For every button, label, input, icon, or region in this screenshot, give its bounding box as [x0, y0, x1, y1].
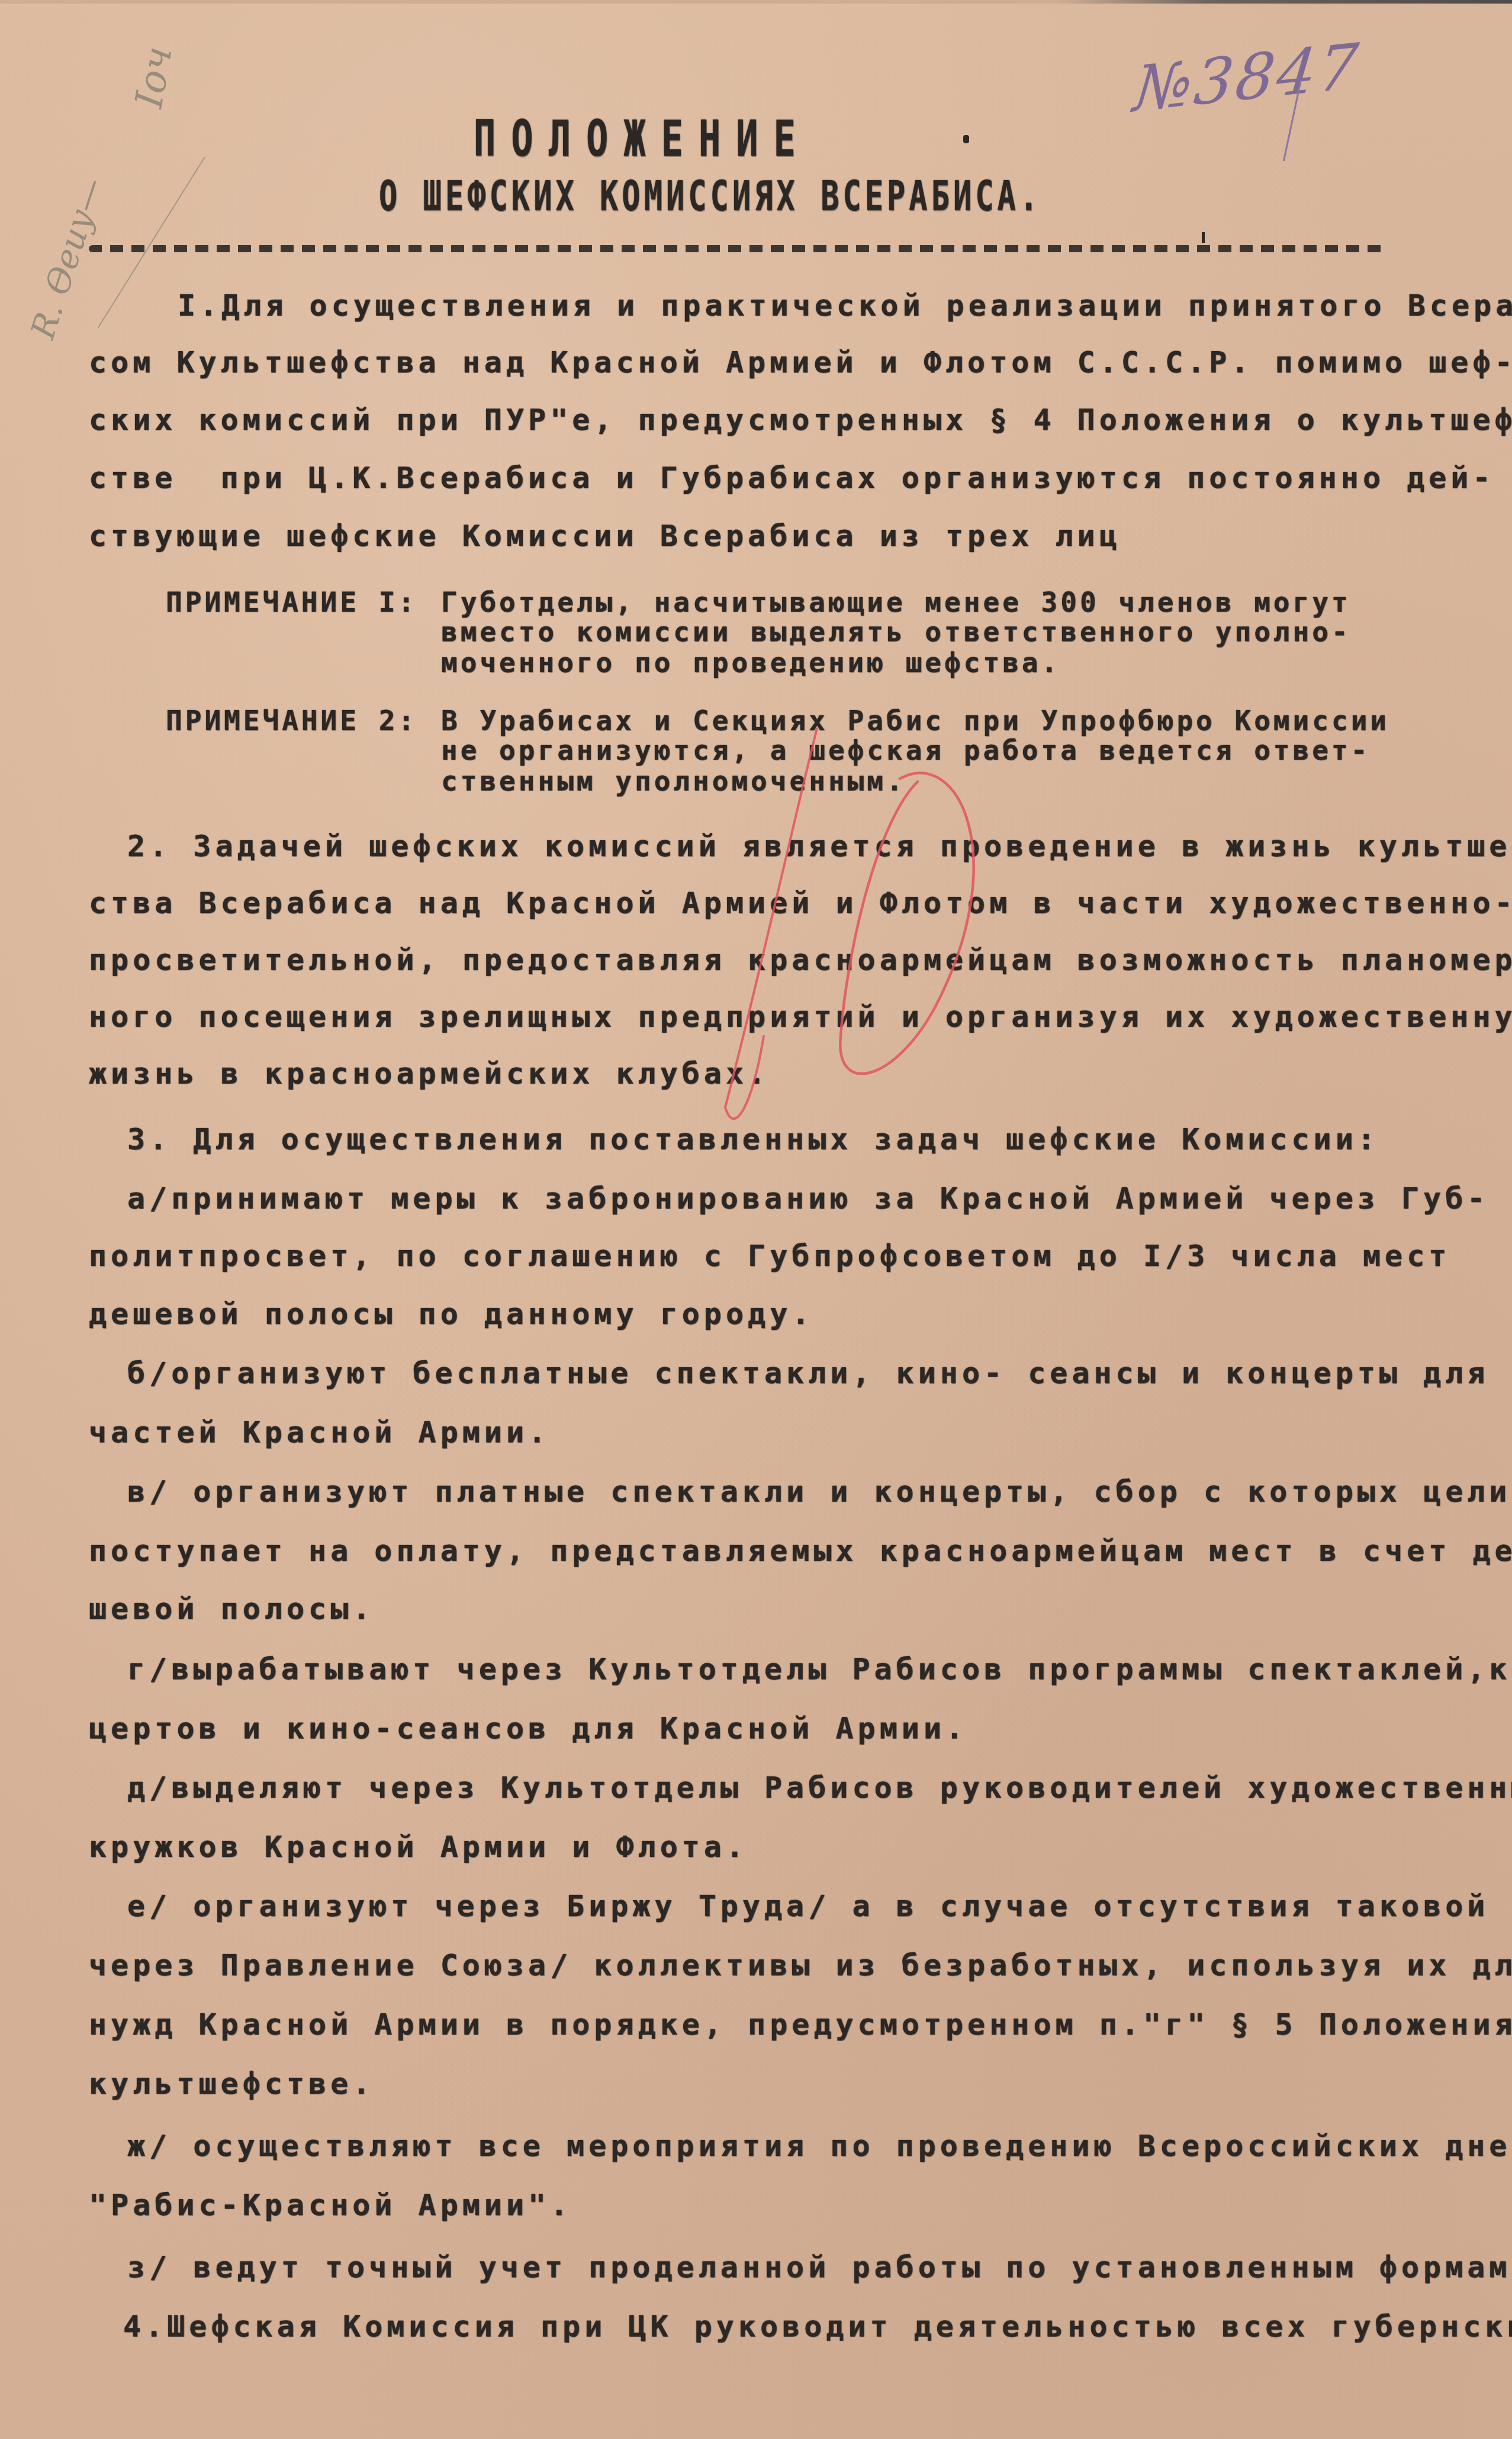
note-2-line: ственным уполномоченным.	[441, 765, 906, 797]
section-3-item-zh: "Рабис-Красной Армии".	[89, 2188, 572, 2222]
note-2-line: В Урабисах и Секциях Рабис при Упрофбюро…	[441, 705, 1389, 737]
title-ink-dot	[963, 135, 969, 143]
section-3-item-b: частей Красной Армии.	[89, 1415, 550, 1450]
section-4-line: 4.Шефская Комиссия при ЦК руководит деят…	[123, 2309, 1512, 2344]
section-3-item-a: дешевой полосы по данному городу.	[89, 1297, 813, 1331]
section-1-line: ских комиссий при ПУР"е, предусмотренных…	[89, 403, 1512, 437]
note-1-label: ПРИМЕЧАНИЕ I:	[166, 586, 417, 618]
section-2-line: ства Всерабиса над Красной Армией и Флот…	[89, 886, 1512, 920]
separator-tick	[1202, 232, 1205, 243]
section-1-line: I.Для осуществления и практической реали…	[178, 288, 1512, 323]
section-1-line: сом Культшефства над Красной Армией и Фл…	[89, 345, 1512, 380]
section-3-item-b: б/организуют бесплатные спектакли, кино-…	[127, 1356, 1489, 1390]
section-3-item-v: в/ организуют платные спектакли и концер…	[127, 1474, 1512, 1509]
section-3-item-a: а/принимают меры к забронированию за Кра…	[127, 1181, 1489, 1216]
section-3-item-e: нужд Красной Армии в порядке, предусмотр…	[89, 2007, 1512, 2042]
section-2-line: 2. Задачей шефских комиссий является про…	[127, 829, 1512, 863]
section-3-item-a: политпросвет, по соглашению с Губпрофсов…	[89, 1239, 1450, 1273]
section-3-item-e: через Правление Союза/ коллективы из без…	[89, 1948, 1512, 1982]
section-3-item-z: з/ ведут точный учет проделанной работы …	[127, 2250, 1512, 2284]
document-subtitle: О ШЕФСКИХ КОМИССИЯХ ВСЕРАБИСА.	[379, 173, 1041, 221]
section-3-item-zh: ж/ осуществляют все мероприятия по прове…	[127, 2129, 1512, 2163]
section-3-item-e: е/ организуют через Биржу Труда/ а в слу…	[127, 1889, 1489, 1923]
section-2-line: жизнь в красноармейских клубах.	[89, 1056, 770, 1091]
section-3-item-g: цертов и кино-сеансов для Красной Армии.	[89, 1711, 967, 1746]
section-3-item-d: д/выделяют через Культотделы Рабисов рук…	[127, 1770, 1512, 1805]
section-2-line: просветительной, предоставляя красноарме…	[89, 943, 1512, 977]
section-3-item-v: поступает на оплату, представляемых крас…	[89, 1534, 1512, 1568]
note-1-line: моченного по проведению шефства.	[441, 647, 1060, 679]
section-3-item-v: шевой полосы.	[89, 1592, 374, 1626]
section-3-item-d: кружков Красной Армии и Флота.	[89, 1830, 748, 1864]
section-3-item-g: г/вырабатывают через Культотделы Рабисов…	[127, 1652, 1512, 1686]
note-2-line: не организуются, а шефская работа ведетс…	[441, 734, 1370, 766]
section-1-line: стве при Ц.К.Всерабиса и Губрабисах орга…	[89, 461, 1495, 495]
section-1-line: ствующие шефские Комиссии Всерабиса из т…	[89, 519, 1121, 553]
section-2-line: ного посещения зрелищных предприятий и о…	[89, 1000, 1512, 1034]
note-1-line: Губотделы, насчитывающие менее 300 члено…	[441, 586, 1351, 618]
scan-top-edge	[0, 0, 1512, 4]
document-title: ПОЛОЖЕНИЕ	[474, 110, 811, 168]
note-2-label: ПРИМЕЧАНИЕ 2:	[166, 705, 417, 737]
section-3-intro: 3. Для осуществления поставленных задач …	[127, 1122, 1379, 1156]
note-1-line: вместо комиссии выделять ответственного …	[441, 616, 1351, 648]
section-3-item-e: культшефстве.	[89, 2067, 374, 2101]
dashed-separator	[89, 245, 1385, 252]
